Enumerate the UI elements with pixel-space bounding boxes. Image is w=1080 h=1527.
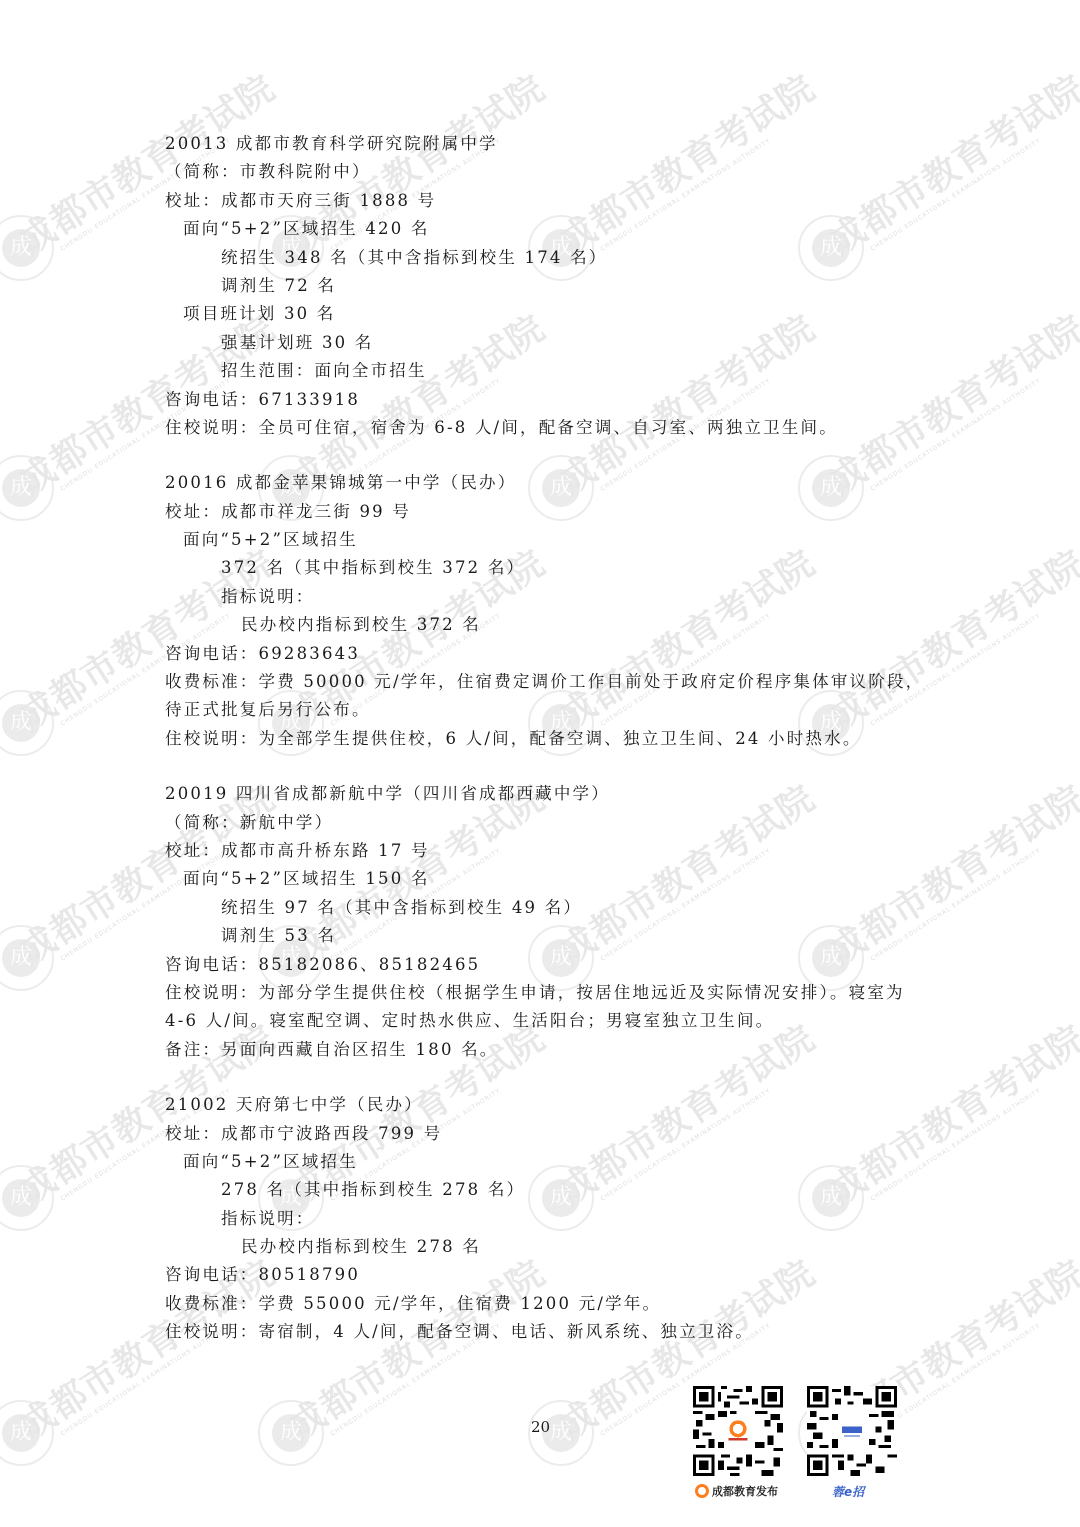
school-code-title: 20013 成都市教育科学研究院附属中学 [165, 130, 925, 158]
qr-code-icon [693, 1385, 783, 1477]
enrollment-adjusted: 调剂生 53 名 [165, 922, 925, 950]
enrollment-unified: 统招生 97 名（其中含指标到校生 49 名） [165, 894, 925, 922]
quota-note: 民办校内指标到校生 278 名 [165, 1233, 925, 1261]
watermark: 成成都市教育考试院CHENGDU EDUCATIONAL EXAMINATION… [0, 1360, 308, 1470]
watermark-logo-icon: 成 [0, 1400, 54, 1466]
boarding-info: 住校说明：为全部学生提供住校，6 人/间，配备空调、独立卫生间、24 小时热水。 [165, 725, 925, 753]
school-short-name: （简称：市教科院附中） [165, 158, 925, 186]
school-code-title: 21002 天府第七中学（民办） [165, 1091, 925, 1119]
school-entry-20013: 20013 成都市教育科学研究院附属中学 （简称：市教科院附中） 校址：成都市天… [165, 130, 925, 442]
enrollment-total: 面向“5+2”区域招生 [165, 1148, 925, 1176]
watermark-logo-icon: 成 [0, 925, 54, 991]
school-address: 校址：成都市天府三街 1888 号 [165, 187, 925, 215]
qr-code-icon [807, 1385, 897, 1477]
qr-label-rong-e-zhao: 蓉e招 [832, 1483, 864, 1500]
school-address: 校址：成都市祥龙三街 99 号 [165, 498, 925, 526]
watermark-logo-icon: 成 [0, 1165, 54, 1231]
quota-note: 民办校内指标到校生 372 名 [165, 611, 925, 639]
watermark-logo-icon: 成 [0, 215, 54, 281]
school-address: 校址：成都市高升桥东路 17 号 [165, 837, 925, 865]
watermark: 成成都市教育考试院CHENGDU EDUCATIONAL EXAMINATION… [258, 1360, 578, 1470]
school-entry-20016: 20016 成都金苹果锦城第一中学（民办） 校址：成都市祥龙三街 99 号 面向… [165, 469, 925, 753]
school-address: 校址：成都市宁波路西段 799 号 [165, 1120, 925, 1148]
enrollment-total: 面向“5+2”区域招生 [165, 526, 925, 554]
watermark-logo-icon: 成 [258, 1400, 324, 1466]
enrollment-adjusted: 调剂生 72 名 [165, 272, 925, 300]
enrollment-total: 面向“5+2”区域招生 150 名 [165, 865, 925, 893]
boarding-info-cont: 4-6 人/间。寝室配空调、定时热水供应、生活阳台；男寝室独立卫生间。 [165, 1007, 925, 1035]
document-body: 20013 成都市教育科学研究院附属中学 （简称：市教科院附中） 校址：成都市天… [165, 130, 925, 1347]
enrollment-total: 面向“5+2”区域招生 420 名 [165, 215, 925, 243]
contact-phone: 咨询电话：85182086、85182465 [165, 951, 925, 979]
fee-standard: 收费标准：学费 50000 元/学年，住宿费定调价工作目前处于政府定价程序集体审… [165, 668, 925, 696]
enrollment-quota: 372 名（其中指标到校生 372 名） [165, 554, 925, 582]
contact-phone: 咨询电话：80518790 [165, 1261, 925, 1289]
fee-standard: 收费标准：学费 55000 元/学年，住宿费 1200 元/学年。 [165, 1290, 925, 1318]
school-code-title: 20019 四川省成都新航中学（四川省成都西藏中学） [165, 780, 925, 808]
quota-note-label: 指标说明： [165, 1205, 925, 1233]
remarks: 备注：另面向西藏自治区招生 180 名。 [165, 1036, 925, 1064]
contact-phone: 咨询电话：69283643 [165, 640, 925, 668]
contact-phone: 咨询电话：67133918 [165, 386, 925, 414]
enrollment-unified: 统招生 348 名（其中含指标到校生 174 名） [165, 244, 925, 272]
watermark-logo-icon: 成 [0, 455, 54, 521]
enrollment-scope: 招生范围：面向全市招生 [165, 357, 925, 385]
boarding-info: 住校说明：全员可住宿，宿舍为 6-8 人/间，配备空调、自习室、两独立卫生间。 [165, 414, 925, 442]
school-short-name: （简称：新航中学） [165, 809, 925, 837]
qr-label-chengdu-education: 成都教育发布 [695, 1483, 778, 1499]
quota-note-label: 指标说明： [165, 583, 925, 611]
watermark: 成成都市教育考试院CHENGDU EDUCATIONAL EXAMINATION… [528, 1360, 848, 1470]
school-entry-20019: 20019 四川省成都新航中学（四川省成都西藏中学） （简称：新航中学） 校址：… [165, 780, 925, 1064]
project-class-plan: 项目班计划 30 名 [165, 300, 925, 328]
school-code-title: 20016 成都金苹果锦城第一中学（民办） [165, 469, 925, 497]
fee-standard-cont: 待正式批复后另行公布。 [165, 696, 925, 724]
page-number: 20 [531, 1418, 550, 1436]
strong-foundation-class: 强基计划班 30 名 [165, 329, 925, 357]
qr-code-rong-e-zhao[interactable] [807, 1385, 897, 1477]
qr-code-chengdu-education[interactable] [693, 1385, 783, 1477]
boarding-info: 住校说明：为部分学生提供住校（根据学生申请，按居住地远近及实际情况安排）。寝室为 [165, 979, 925, 1007]
enrollment-quota: 278 名（其中指标到校生 278 名） [165, 1176, 925, 1204]
rong-e-zhao-logo-icon: 蓉e招 [832, 1483, 864, 1500]
boarding-info: 住校说明：寄宿制，4 人/间，配备空调、电话、新风系统、独立卫浴。 [165, 1318, 925, 1346]
watermark-logo-icon: 成 [0, 690, 54, 756]
chengdu-education-logo-icon [695, 1484, 709, 1498]
school-entry-21002: 21002 天府第七中学（民办） 校址：成都市宁波路西段 799 号 面向“5+… [165, 1091, 925, 1347]
